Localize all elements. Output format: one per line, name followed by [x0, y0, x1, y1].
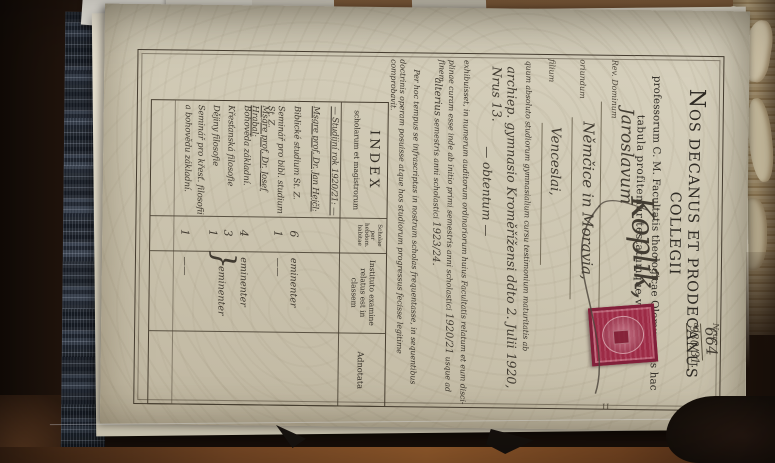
table-header-adnotata: Adnotata: [355, 333, 366, 408]
table-row: — Studijní rok 1920/21: —: [317, 102, 340, 405]
bottom-right-shadow: [666, 396, 775, 463]
row-name: Dějiny filosofie: [209, 105, 220, 223]
row-grade: [266, 258, 267, 330]
wood-floor-strip: [0, 447, 775, 463]
row-name: Biblické studium St. Z.: [290, 106, 301, 224]
row-grade: eminenter: [287, 258, 299, 330]
row-grade: [336, 258, 337, 330]
row-hours: 3: [221, 217, 234, 249]
row-grade: [317, 258, 318, 330]
table-header-class: Instituto examine relatus est in classem: [349, 254, 377, 332]
row-grade: ——: [178, 256, 190, 328]
table-row: Msgre prof. Dr. Jan Hejčl:: [298, 102, 321, 405]
row-hours: 1: [206, 217, 219, 249]
margin-mark: II: [601, 402, 609, 411]
row-hours: 4: [237, 217, 250, 249]
table-header-index-sub: scholarum et magistrorum: [351, 103, 361, 218]
table-header-hours: Scholae per hebdom. habitae: [356, 219, 383, 252]
index-table: INDEX scholarum et magistrorum Scholae p…: [147, 99, 389, 407]
photo-scene: Nrus 664 ad 930/31. NOS DECANUS ET PRODE…: [0, 0, 775, 463]
row-name: Bohověda základní.: [240, 105, 251, 223]
row-name: a bohovědu základní.: [181, 105, 192, 223]
row-name: — Studijní rok 1920/21: —: [328, 106, 339, 224]
certificate-page: Nrus 664 ad 930/31. NOS DECANUS ET PRODE…: [100, 4, 750, 432]
row-hours: 1: [178, 216, 191, 248]
table-row: Msgre prof. Dr. Josef Hrabal:: [248, 101, 270, 404]
table-rows: — Studijní rok 1920/21: — Msgre prof. Dr…: [148, 100, 340, 405]
row-hours: 6: [287, 218, 300, 250]
row-grade: [202, 257, 203, 329]
row-name: Msgre prof. Dr. Jan Hejčl:: [309, 106, 320, 224]
row-hours: 1: [271, 218, 284, 250]
row-name: Křesťanská filosofie: [224, 105, 235, 223]
row-name: Seminář pro křesť. filosofii: [194, 105, 205, 223]
brace-grade-value: eminenter: [215, 266, 227, 316]
table-header-index: INDEX: [365, 103, 381, 218]
row-grade: ——: [271, 258, 283, 330]
